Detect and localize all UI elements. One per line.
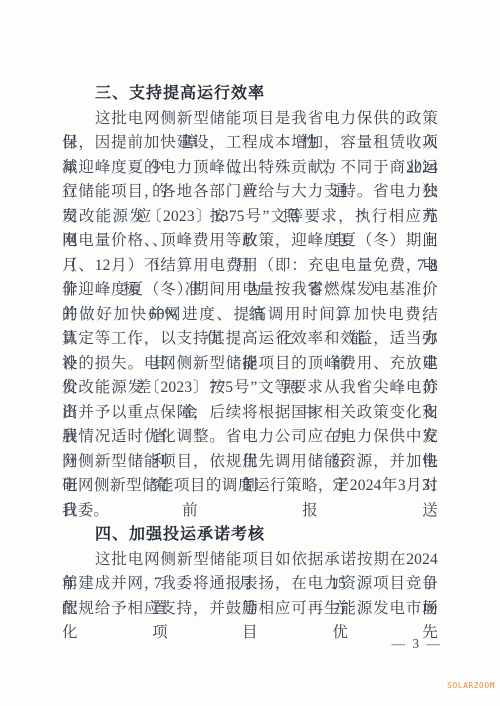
text-line: 目，因提前加快建设，工程成本增加，容量租赁收入减少，为2024 xyxy=(62,131,438,156)
text-line: 这批电网侧新型储能项目是我省电力保供的政策保障性项 xyxy=(62,107,438,132)
page-number: — 3 — xyxy=(392,636,443,652)
text-line: 认定等工作，以支持其提高运行效率和效益，适当弥补其提前建 xyxy=(62,327,438,352)
text-line: 月、12月）不结算用电费用（即：充电电量免费，电价标准为零）， xyxy=(62,254,438,279)
section-heading-4: 四、加强投运承诺考核 xyxy=(62,523,438,548)
text-line: 并做好加快并网进度、提高调用时间、加快电费结算、优化能力 xyxy=(62,303,438,328)
text-line: 出并予以重点保障，后续将根据国家相关政策变化和我省电力发 xyxy=(62,401,438,426)
scanned-document-page: 三、支持提高运行效率 这批电网侧新型储能项目是我省电力保供的政策保障性项 目，因… xyxy=(0,0,500,706)
text-line: 发改能源发〔2023〕775号”文等要求从我省尖峰电价资金中支 xyxy=(62,376,438,401)
text-line: 展情况适时优化调整。省电力公司应在电力保供中充分利用好电 xyxy=(62,425,438,450)
watermark-text: SOLARZOOM xyxy=(447,681,495,691)
text-line: 设的损失。电网侧新型储能项目的顶峰费用、充放电价差按照“苏 xyxy=(62,352,438,377)
text-line: 网侧新型储能项目，依规优先调用储能资源，并加快研究制定对 xyxy=(62,450,438,475)
text-line: 依规给予相应支持，并鼓励相应可再生能源发电市场化项目优先 xyxy=(62,597,438,622)
document-body: 三、支持提高运行效率 这批电网侧新型储能项目是我省电力保供的政策保障性项 目，因… xyxy=(62,82,438,621)
text-line: 这批电网侧新型储能项目如依据承诺按期在2024年7月15日 xyxy=(62,548,438,573)
text-line: 非迎峰度夏（冬）期间用电量按我省燃煤发电基准价的60%结算， xyxy=(62,278,438,303)
text-line: 立储能项目，各地各部门应给与大力支持。省电力公司应按照“苏 xyxy=(62,180,438,205)
text-line: 年迎峰度夏的电力顶峰做出特殊贡献，不同于商业运行的普通独 xyxy=(62,156,438,181)
section-heading-3: 三、支持提高运行效率 xyxy=(62,82,438,107)
text-line: 前建成并网，我委将通报表扬，在电力资源项目竞争配置等方面 xyxy=(62,572,438,597)
text-line: 电网侧新型储能项目的调度运行策略，于2024年3月31日前报送 xyxy=(62,474,438,499)
text-line: 网电量价格、顶峰费用等政策，迎峰度夏（冬）期间（1月、7-8 xyxy=(62,229,438,254)
text-line: 发改能源发〔2023〕1375号”文等要求，执行相应充电、放电上 xyxy=(62,205,438,230)
